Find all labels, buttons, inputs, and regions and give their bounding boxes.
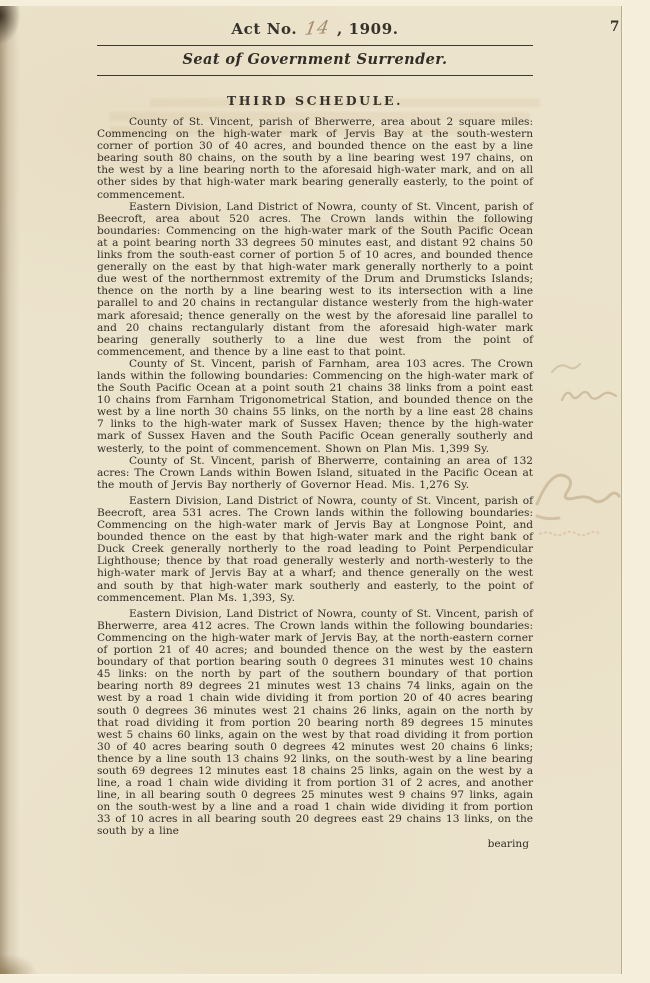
horizontal-rule xyxy=(97,45,533,46)
pencil-margin-annotation xyxy=(535,458,621,548)
schedule-body: County of St. Vincent, parish of Bherwer… xyxy=(97,116,533,838)
page-number: 7 xyxy=(610,19,619,35)
schedule-paragraph: County of St. Vincent, parish of Bherwer… xyxy=(97,455,533,491)
text-column: Act No. 14 , 1909. Seat of Government Su… xyxy=(97,6,533,850)
act-title-prefix: Act No. xyxy=(231,20,297,38)
handwritten-act-number: 14 xyxy=(301,17,333,40)
running-title: Seat of Government Surrender. xyxy=(97,51,533,71)
act-title-line: Act No. 14 , 1909. xyxy=(97,6,533,40)
catchword: bearing xyxy=(97,838,533,850)
schedule-paragraph: County of St. Vincent, parish of Bherwer… xyxy=(97,116,533,201)
pencil-margin-annotation xyxy=(548,354,628,426)
schedule-paragraph: Eastern Division, Land District of Nowra… xyxy=(97,495,533,604)
binding-shadow xyxy=(0,6,20,974)
schedule-paragraph: County of St. Vincent, parish of Farnham… xyxy=(97,358,533,455)
page-corner-shadow-bottom-left xyxy=(0,930,64,974)
schedule-paragraph: Eastern Division, Land District of Nowra… xyxy=(97,608,533,838)
page-corner-shadow-top-left xyxy=(0,6,38,60)
horizontal-rule xyxy=(97,75,533,76)
schedule-heading: THIRD SCHEDULE. xyxy=(97,93,533,109)
scanned-document-screenshot: { "doc": { "page_number": "7", "act_no_p… xyxy=(0,0,650,983)
document-page: 7 Act No. 14 , 1909. Seat of Government … xyxy=(0,6,621,974)
schedule-paragraph: Eastern Division, Land District of Nowra… xyxy=(97,201,533,358)
act-title-suffix: , 1909. xyxy=(337,20,399,38)
